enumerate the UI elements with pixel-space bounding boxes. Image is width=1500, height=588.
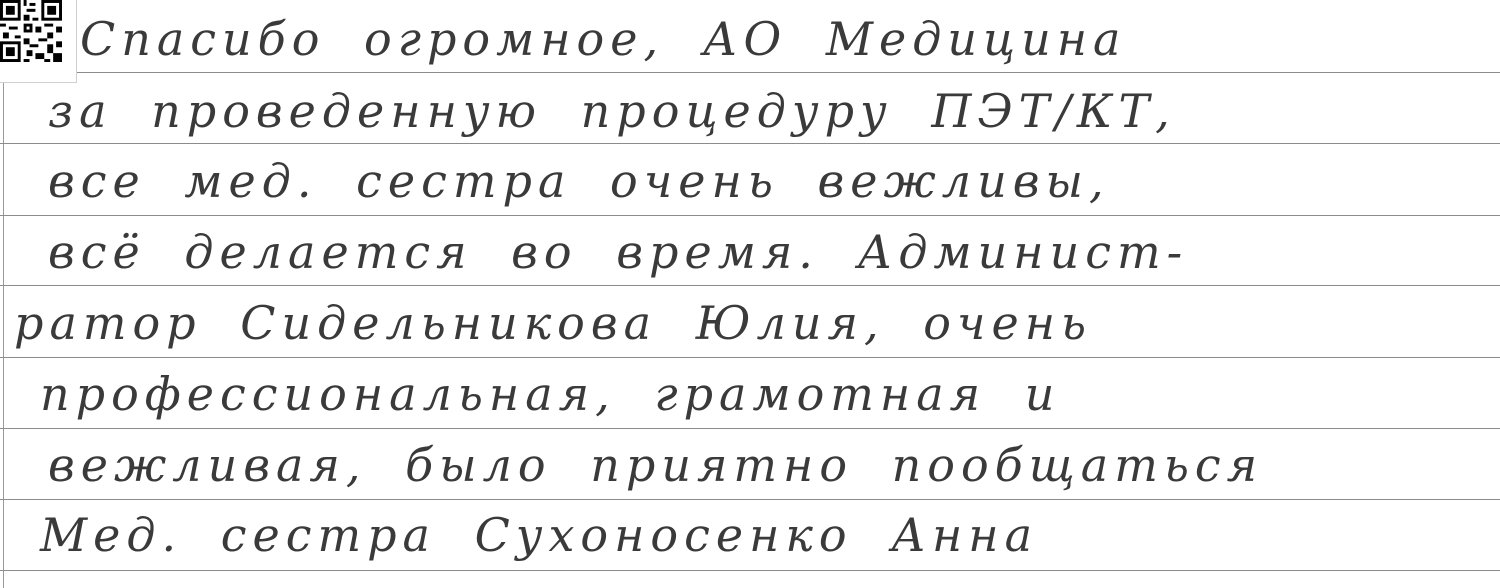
handwritten-line-8: Мед. сестра Сухоносенко Анна — [40, 500, 1500, 570]
handwritten-line-4: всё делается во время. Админист- — [48, 217, 1500, 287]
handwritten-line-3: все мед. сестра очень вежливы, — [48, 146, 1500, 216]
handwritten-line-5: ратор Сидельникова Юлия, очень — [14, 288, 1500, 358]
ruled-line — [0, 570, 1500, 571]
handwritten-line-2: за проведенную процедуру ПЭТ/КТ, — [48, 76, 1500, 146]
left-margin-line — [3, 78, 4, 588]
handwritten-line-7: вежливая, было приятно пообщаться — [48, 430, 1500, 500]
lined-paper-sheet: Спасибо огромное, АО Медицина за проведе… — [0, 0, 1500, 588]
handwritten-line-6: профессиональная, грамотная и — [40, 359, 1500, 429]
qr-code-icon — [0, 0, 77, 83]
handwritten-line-1: Спасибо огромное, АО Медицина — [80, 4, 1500, 74]
